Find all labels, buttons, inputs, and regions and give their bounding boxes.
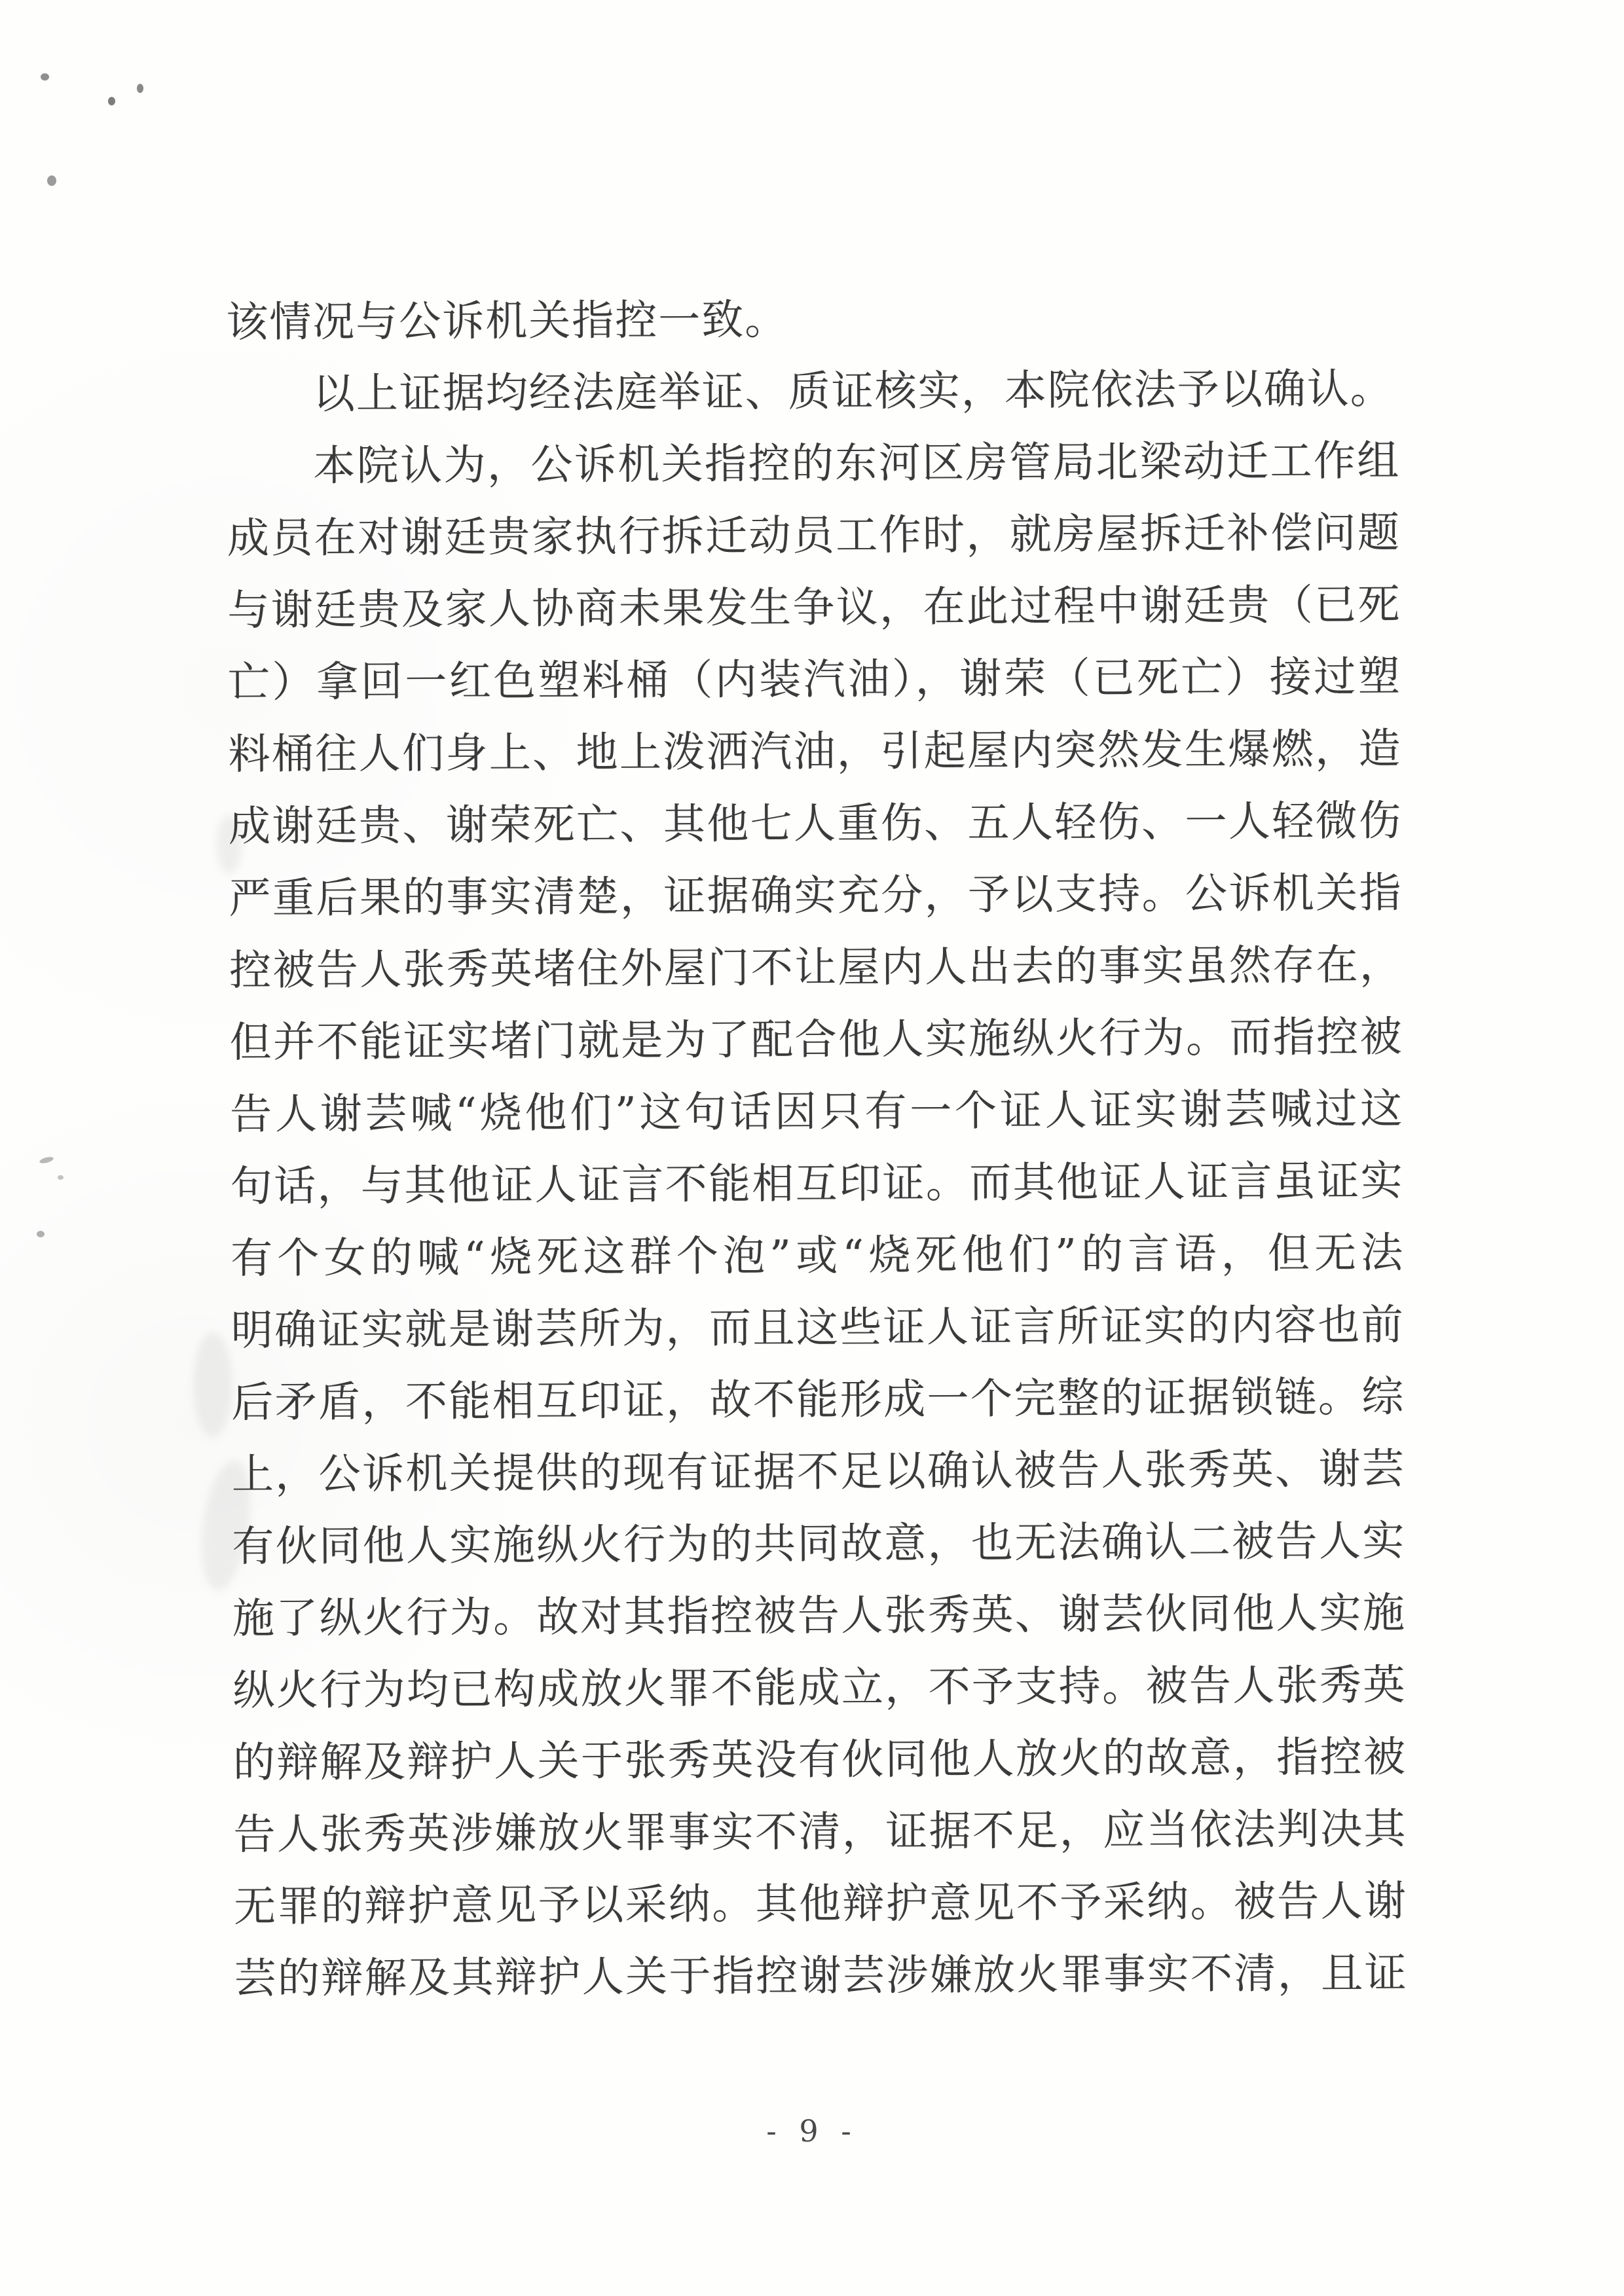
scan-noise-speck bbox=[47, 175, 56, 186]
scanned-document-page: 该情况与公诉机关指控一致。以上证据均经法庭举证、质证核实，本院依法予以确认。本院… bbox=[0, 0, 1624, 2296]
scan-noise-speck bbox=[108, 97, 115, 105]
text-line: 亡）拿回一红色塑料桶（内装汽油），谢荣（已死亡）接过塑 bbox=[228, 641, 1402, 719]
text-line: 芸的辩解及其辩护人关于指控谢芸涉嫌放火罪事实不清，且证 bbox=[234, 1937, 1408, 2015]
text-line: 告人张秀英涉嫌放火罪事实不清，证据不足，应当依法判决其 bbox=[233, 1793, 1407, 1871]
text-line: 与谢廷贵及家人协商未果发生争议，在此过程中谢廷贵（已死 bbox=[227, 569, 1401, 647]
text-line: 的辩解及辩护人关于张秀英没有伙同他人放火的故意，指控被 bbox=[233, 1721, 1407, 1799]
text-line: 上，公诉机关提供的现有证据不足以确认被告人张秀英、谢芸 bbox=[232, 1433, 1406, 1511]
text-line: 纵火行为均已构成放火罪不能成立，不予支持。被告人张秀英 bbox=[232, 1649, 1407, 1727]
scan-noise-speck bbox=[39, 1156, 54, 1164]
text-line: 以上证据均经法庭举证、质证核实，本院依法予以确认。 bbox=[227, 353, 1401, 431]
text-line: 施了纵火行为。故对其指控被告人张秀英、谢芸伙同他人实施 bbox=[232, 1577, 1407, 1655]
text-line: 成谢廷贵、谢荣死亡、其他七人重伤、五人轻伤、一人轻微伤 bbox=[229, 785, 1403, 863]
text-line: 成员在对谢廷贵家执行拆迁动员工作时，就房屋拆迁补偿问题 bbox=[227, 497, 1401, 575]
text-line: 有个女的喊“烧死这群个泡”或“烧死他们”的言语，但无法 bbox=[231, 1217, 1405, 1295]
page-number: - 9 - bbox=[0, 2113, 1624, 2149]
scan-noise-speck bbox=[37, 1231, 45, 1237]
text-line: 无罪的辩护意见予以采纳。其他辩护意见不予采纳。被告人谢 bbox=[234, 1865, 1408, 1943]
scan-smudge bbox=[193, 1332, 232, 1437]
scan-noise-speck bbox=[58, 1175, 64, 1180]
text-line: 严重后果的事实清楚，证据确实充分，予以支持。公诉机关指 bbox=[229, 857, 1403, 935]
text-block: 该情况与公诉机关指控一致。以上证据均经法庭举证、质证核实，本院依法予以确认。本院… bbox=[226, 281, 1408, 2015]
scan-noise-speck bbox=[41, 73, 49, 81]
text-line: 本院认为，公诉机关指控的东河区房管局北梁动迁工作组 bbox=[227, 425, 1401, 503]
text-line: 该情况与公诉机关指控一致。 bbox=[226, 281, 1400, 359]
text-line: 明确证实就是谢芸所为，而且这些证人证言所证实的内容也前 bbox=[231, 1289, 1405, 1367]
text-line: 料桶往人们身上、地上泼洒汽油，引起屋内突然发生爆燃，造 bbox=[228, 713, 1402, 791]
text-line: 控被告人张秀英堵住外屋门不让屋内人出去的事实虽然存在， bbox=[229, 929, 1403, 1007]
text-line: 句话，与其他证人证言不能相互印证。而其他证人证言虽证实 bbox=[230, 1145, 1404, 1223]
text-line: 有伙同他人实施纵火行为的共同故意，也无法确认二被告人实 bbox=[232, 1505, 1406, 1583]
text-line: 但并不能证实堵门就是为了配合他人实施纵火行为。而指控被 bbox=[229, 1001, 1403, 1079]
text-line: 后矛盾，不能相互印证，故不能形成一个完整的证据锁链。综 bbox=[231, 1361, 1405, 1439]
text-line: 告人谢芸喊“烧他们”这句话因只有一个证人证实谢芸喊过这 bbox=[230, 1073, 1404, 1151]
scan-noise-speck bbox=[137, 84, 143, 93]
